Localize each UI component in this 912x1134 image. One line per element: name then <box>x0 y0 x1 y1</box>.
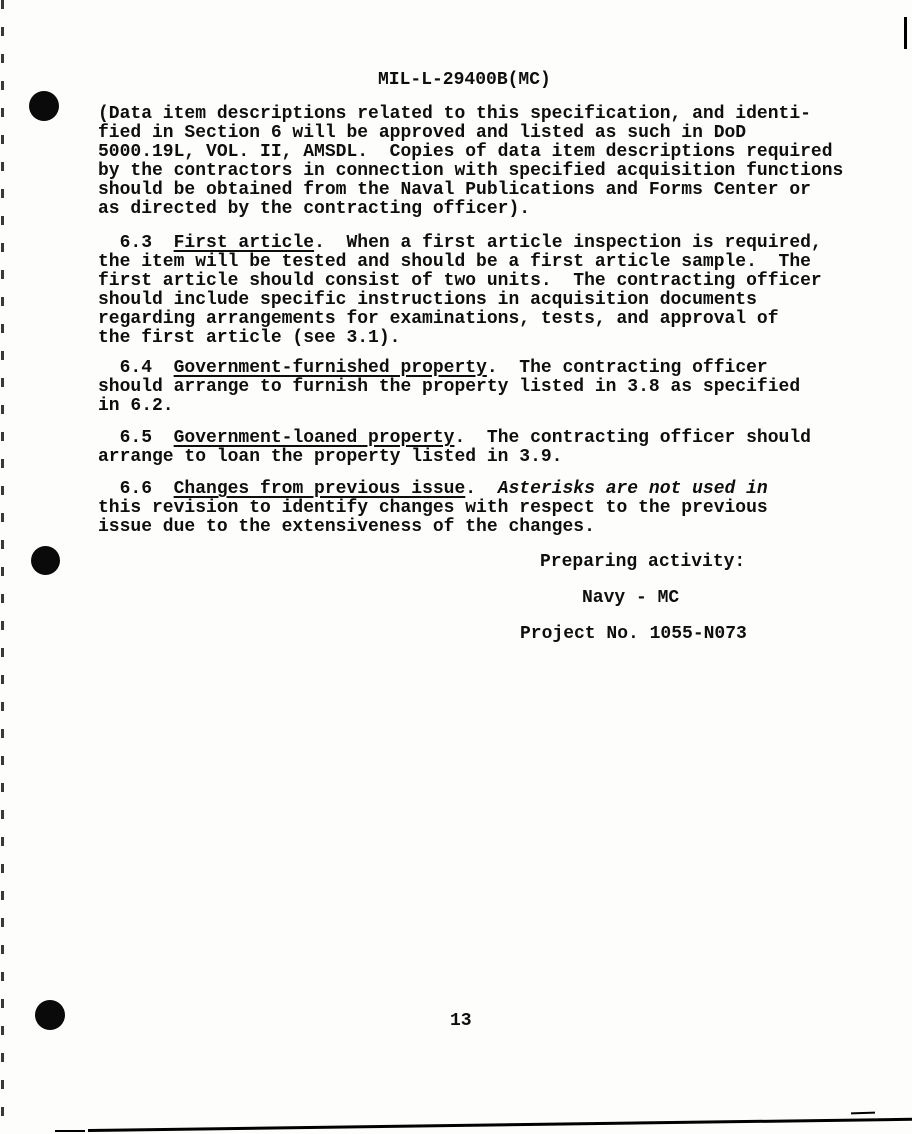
section-body: this revision to identify changes with r… <box>98 498 768 537</box>
section-number: 6.6 <box>98 479 174 499</box>
preparing-activity-label: Preparing activity: <box>540 553 745 572</box>
section-title: Changes from previous issue <box>174 479 466 499</box>
page-number: 13 <box>450 1012 472 1031</box>
punch-hole-middle <box>31 546 60 575</box>
section-6-3: 6.3 First article. When a first article … <box>98 234 822 348</box>
bottom-scan-dash-right <box>851 1112 875 1115</box>
project-number: Project No. 1055-N073 <box>520 625 747 644</box>
left-edge-scan-marks <box>1 0 4 1134</box>
section-title: First article <box>174 233 314 253</box>
section-6-6: 6.6 Changes from previous issue. Asteris… <box>98 480 768 537</box>
section-number: 6.3 <box>98 233 174 253</box>
bottom-scan-line <box>88 1118 912 1132</box>
section-title: Government-loaned property <box>174 428 455 448</box>
section-number: 6.4 <box>98 358 174 378</box>
preparing-activity-value: Navy - MC <box>582 589 679 608</box>
section-title: Government-furnished property <box>174 358 487 378</box>
section-6-5: 6.5 Government-loaned property. The cont… <box>98 429 811 467</box>
punch-hole-bottom <box>35 1000 65 1030</box>
bottom-scan-dash-left <box>55 1130 85 1132</box>
top-right-scan-mark <box>904 17 907 49</box>
doc-id-header: MIL-L-29400B(MC) <box>378 71 551 90</box>
intro-paragraph: (Data item descriptions related to this … <box>98 105 843 219</box>
punch-hole-top <box>29 91 59 121</box>
section-separator: . <box>465 479 497 499</box>
scanned-document-page: MIL-L-29400B(MC) (Data item descriptions… <box>0 0 912 1134</box>
section-number: 6.5 <box>98 428 174 448</box>
section-6-4: 6.4 Government-furnished property. The c… <box>98 359 800 416</box>
emphasis-text: Asterisks are not used in <box>498 479 768 499</box>
